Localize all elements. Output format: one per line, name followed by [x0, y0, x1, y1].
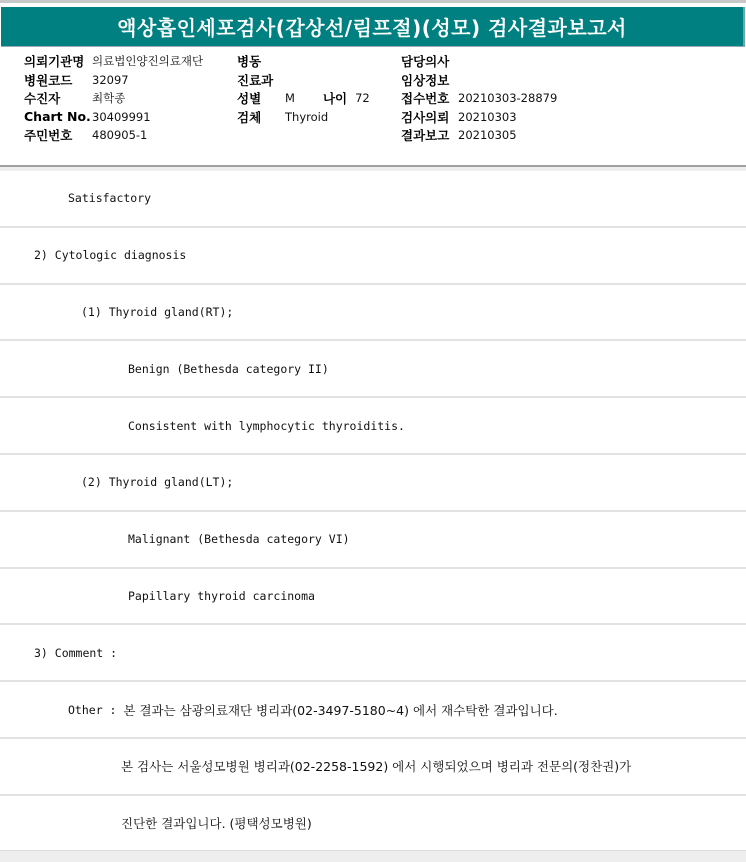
info-label: 주민번호 — [24, 126, 92, 144]
report-title-bar: 액상흡인세포검사(갑상선/림프절)(성모) 검사결과보고서 — [1, 7, 745, 47]
result-line-right-finding: Consistent with lymphocytic thyroiditis. — [0, 398, 746, 455]
patient-info-column-1: 의뢰기관명 의료법인양진의료재단 병원코드 32097 수진자 최학종 Char… — [24, 52, 203, 145]
info-value: 20210303 — [458, 110, 517, 124]
result-text: Benign (Bethesda category II) — [128, 362, 329, 376]
info-label: 담당의사 — [401, 52, 458, 70]
info-label: 검사의뢰 — [401, 108, 458, 126]
info-label: 진료과 — [237, 71, 285, 89]
result-text: 본 결과는 삼광의료재단 병리과(02-3497-5180~4) 에서 재수탁한… — [123, 701, 557, 719]
info-label: 성별 — [237, 89, 285, 107]
patient-info-column-2: 병동 진료과 성별 M 나이 72 검체 Thyroid — [237, 52, 370, 126]
age-label: 나이 — [323, 89, 347, 107]
info-row-ward: 병동 — [237, 52, 370, 71]
info-row-attending-doctor: 담당의사 — [401, 52, 557, 71]
result-line-left-thyroid: (2) Thyroid gland(LT); — [0, 455, 746, 512]
info-row-chart-no: Chart No. 30409991 — [24, 108, 203, 127]
comment-prefix: Other : — [68, 703, 123, 717]
result-line-comment-2: 본 검사는 서울성모병원 병리과(02-2258-1592) 에서 시행되었으며… — [0, 739, 746, 796]
info-label: Chart No. — [24, 109, 92, 124]
info-row-request-date: 검사의뢰 20210303 — [401, 108, 557, 127]
result-text: Papillary thyroid carcinoma — [128, 589, 315, 603]
result-text: (2) Thyroid gland(LT); — [81, 475, 233, 489]
result-text: Malignant (Bethesda category VI) — [128, 532, 350, 546]
patient-info-column-3: 담당의사 임상정보 접수번호 20210303-28879 검사의뢰 20210… — [401, 52, 557, 145]
result-line-right-category: Benign (Bethesda category II) — [0, 341, 746, 398]
info-row-specimen: 검체 Thyroid — [237, 108, 370, 127]
result-text: Consistent with lymphocytic thyroiditis. — [128, 419, 405, 433]
result-line-right-thyroid: (1) Thyroid gland(RT); — [0, 285, 746, 342]
result-line-section-diagnosis: 2) Cytologic diagnosis — [0, 228, 746, 285]
result-body: Satisfactory 2) Cytologic diagnosis (1) … — [0, 171, 746, 853]
info-row-clinical-info: 임상정보 — [401, 71, 557, 90]
info-value: 480905-1 — [92, 128, 147, 142]
result-line-adequacy: Satisfactory — [0, 171, 746, 228]
info-row-report-date: 결과보고 20210305 — [401, 126, 557, 145]
info-value: 20210305 — [458, 128, 517, 142]
info-label: 결과보고 — [401, 126, 458, 144]
result-line-left-category: Malignant (Bethesda category VI) — [0, 512, 746, 569]
result-text: 3) Comment : — [34, 646, 117, 660]
age-value: 72 — [355, 91, 370, 105]
info-value: M — [285, 91, 295, 105]
result-text: 본 검사는 서울성모병원 병리과(02-2258-1592) 에서 시행되었으며… — [121, 757, 631, 775]
info-row-accession-number: 접수번호 20210303-28879 — [401, 89, 557, 108]
info-value: 최학종 — [92, 90, 125, 106]
info-label: 병원코드 — [24, 71, 92, 89]
info-label: 임상정보 — [401, 71, 458, 89]
result-line-comment-1: Other : 본 결과는 삼광의료재단 병리과(02-3497-5180~4)… — [0, 682, 746, 739]
info-value: Thyroid — [285, 110, 328, 124]
info-value: 의료법인양진의료재단 — [92, 53, 203, 69]
result-line-left-finding: Papillary thyroid carcinoma — [0, 569, 746, 626]
info-row-requesting-institution: 의뢰기관명 의료법인양진의료재단 — [24, 52, 203, 71]
info-value: 32097 — [92, 73, 129, 87]
info-row-patient-name: 수진자 최학종 — [24, 89, 203, 108]
info-label: 수진자 — [24, 89, 92, 107]
info-row-resident-number: 주민번호 480905-1 — [24, 126, 203, 145]
info-row-hospital-code: 병원코드 32097 — [24, 71, 203, 90]
result-line-section-comment: 3) Comment : — [0, 625, 746, 682]
info-label: 검체 — [237, 108, 285, 126]
info-value: 20210303-28879 — [458, 91, 557, 105]
result-text: (1) Thyroid gland(RT); — [81, 305, 233, 319]
report-title: 액상흡인세포검사(갑상선/림프절)(성모) 검사결과보고서 — [117, 12, 627, 41]
result-text: Satisfactory — [68, 191, 151, 205]
footer-shade — [0, 850, 746, 862]
info-label: 의뢰기관명 — [24, 52, 92, 70]
result-text: 2) Cytologic diagnosis — [34, 248, 186, 262]
result-text: 진단한 결과입니다. (평택성모병원) — [121, 814, 312, 832]
window-top-border — [0, 0, 746, 3]
result-line-comment-3: 진단한 결과입니다. (평택성모병원) — [0, 796, 746, 853]
info-row-sex-age: 성별 M 나이 72 — [237, 89, 370, 108]
info-label: 접수번호 — [401, 89, 458, 107]
info-value: 30409991 — [92, 110, 151, 124]
info-row-department: 진료과 — [237, 71, 370, 90]
info-label: 병동 — [237, 52, 285, 70]
